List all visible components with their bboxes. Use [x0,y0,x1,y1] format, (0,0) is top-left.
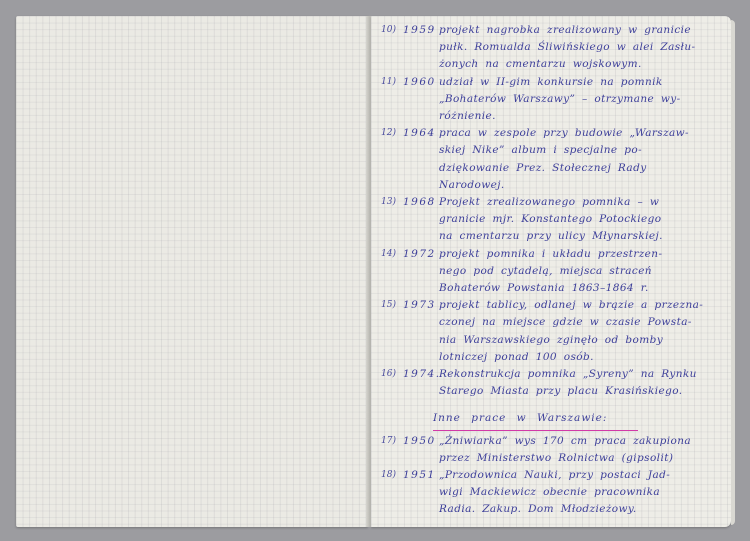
entry-text: projekt pomnika i układu przestrzen- neg… [439,246,726,298]
entry-number: 16) [381,366,403,383]
entry-number: 10) [381,22,403,39]
entry-number: 12) [381,125,403,142]
entry-year: 1959 [403,22,439,39]
section-heading-other-works: Inne prace w Warszawie: [433,410,638,430]
page-stack-edge [731,20,735,525]
entry-13: 13) 1968 Projekt zrealizowanego pomnika … [381,194,726,246]
entry-number: 14) [381,246,403,263]
entry-year: 1974. [403,366,439,383]
entry-text: „Żniwiarka” wys 170 cm praca zakupiona p… [439,433,726,467]
entry-year: 1951 [403,467,439,484]
entry-18: 18) 1951 „Przodownica Nauki, przy postac… [381,467,726,519]
entry-text: projekt tablicy, odlanej w brązie a prze… [439,297,726,366]
entry-number: 18) [381,467,403,484]
entry-year: 1972 [403,246,439,263]
entry-year: 1968 [403,194,439,211]
entry-14: 14) 1972 projekt pomnika i układu przest… [381,246,726,298]
entry-17: 17) 1950 „Żniwiarka” wys 170 cm praca za… [381,433,726,467]
entry-number: 15) [381,297,403,314]
entry-number: 11) [381,74,403,91]
entry-text: praca w zespole przy budowie „Warszaw- s… [439,125,726,194]
right-page-handwritten: 10) 1959 projekt nagrobka zrealizowany w… [371,16,731,527]
entry-10: 10) 1959 projekt nagrobka zrealizowany w… [381,22,726,74]
entry-year: 1973 [403,297,439,314]
entry-11: 11) 1960 udział w II-gim konkursie na po… [381,74,726,126]
entry-year: 1964 [403,125,439,142]
open-notebook: 10) 1959 projekt nagrobka zrealizowany w… [16,16,736,530]
entry-15: 15) 1973 projekt tablicy, odlanej w brąz… [381,297,726,366]
entry-year: 1950 [403,433,439,450]
entry-16: 16) 1974. Rekonstrukcja pomnika „Syreny”… [381,366,726,400]
left-page-blank-grid [16,16,368,527]
entry-text: udział w II-gim konkursie na pomnik „Boh… [439,74,726,126]
entry-number: 17) [381,433,403,450]
entry-text: Rekonstrukcja pomnika „Syreny” na Rynku … [439,366,726,400]
entry-year: 1960 [403,74,439,91]
entry-text: „Przodownica Nauki, przy postaci Jad- wi… [439,467,726,519]
entry-text: projekt nagrobka zrealizowany w granicie… [439,22,726,74]
entry-text: Projekt zrealizowanego pomnika – w grani… [439,194,726,246]
entry-number: 13) [381,194,403,211]
entry-12: 12) 1964 praca w zespole przy budowie „W… [381,125,726,194]
entry-list: 10) 1959 projekt nagrobka zrealizowany w… [381,22,726,519]
